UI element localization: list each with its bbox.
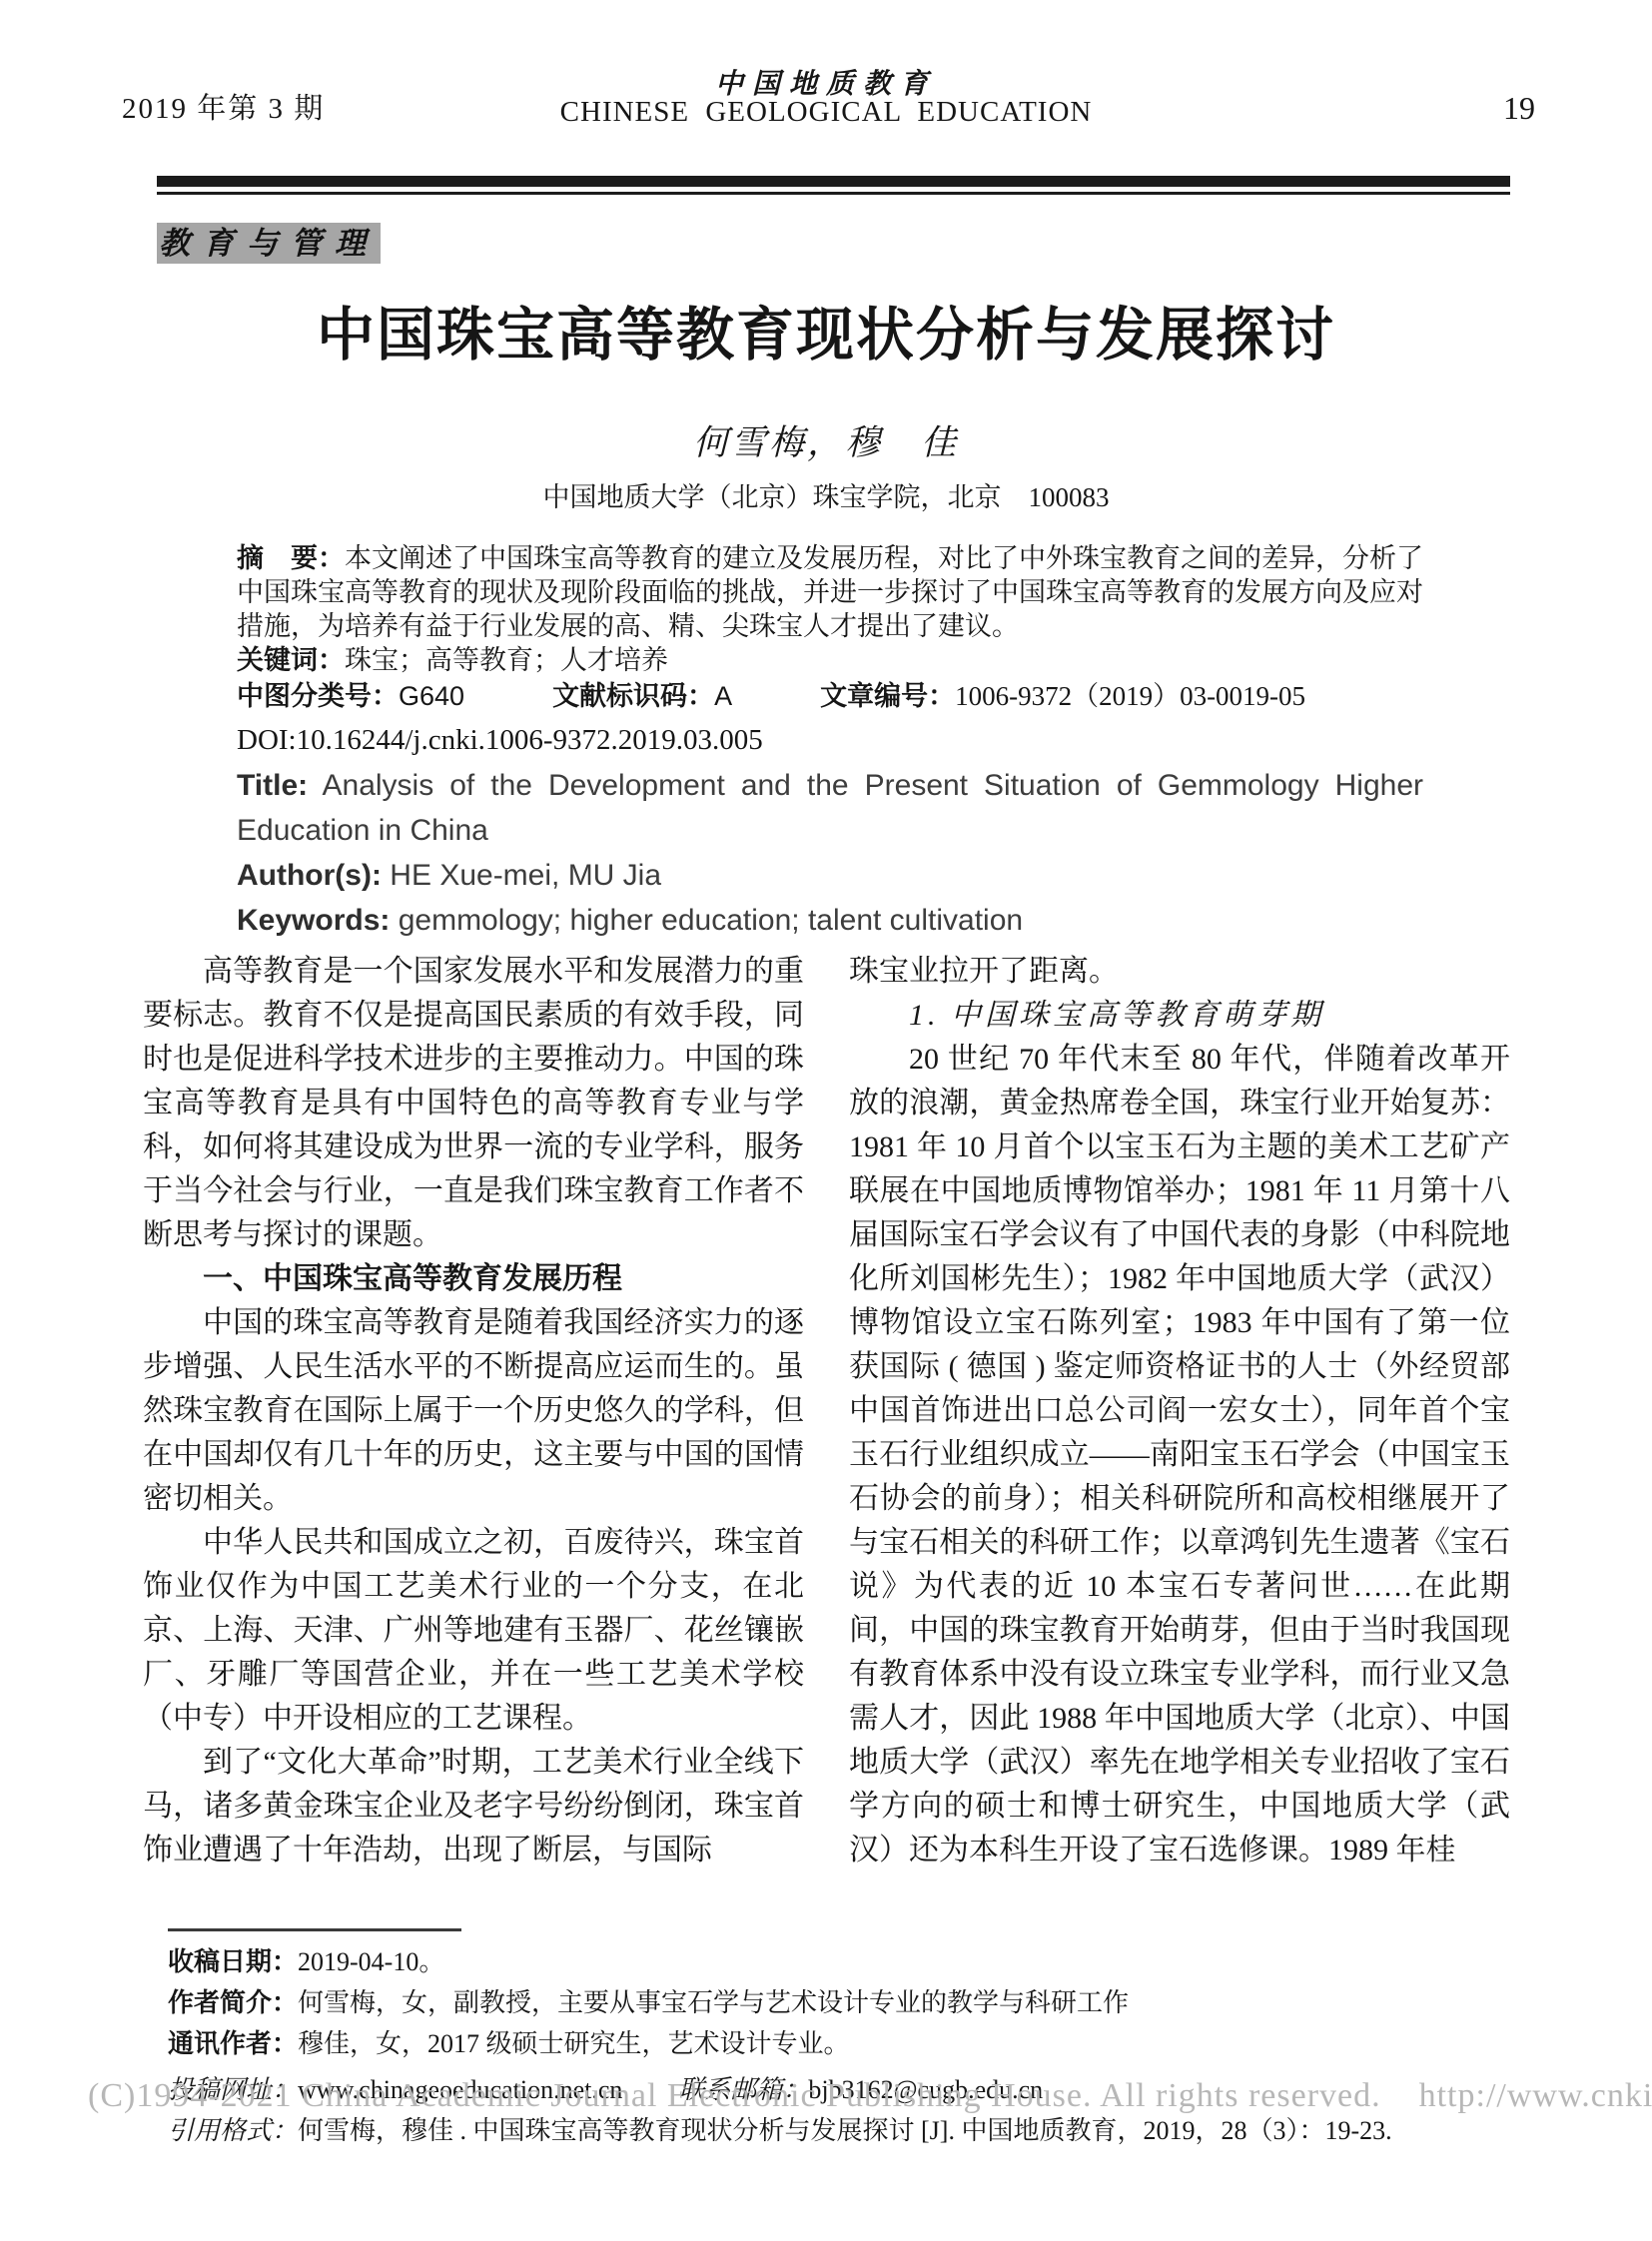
body-column-right: 珠宝业拉开了距离。 1. 中国珠宝高等教育萌芽期 20 世纪 70 年代末至 8… <box>849 950 1510 1872</box>
paragraph: 中华人民共和国成立之初，百废待兴，珠宝首饰业仅作为中国工艺美术行业的一个分支，在… <box>143 1521 804 1741</box>
english-authors: Author(s): HE Xue-mei, MU Jia <box>237 853 1423 898</box>
abstract-text: 本文阐述了中国珠宝高等教育的建立及发展历程，对比了中外珠宝教育之间的差异，分析了… <box>237 543 1423 641</box>
clc-pair: 中图分类号：G640 <box>237 679 464 713</box>
author-bio-value: 何雪梅，女，副教授，主要从事宝石学与艺术设计专业的教学与科研工作 <box>298 1988 1129 2017</box>
clc-label: 中图分类号： <box>237 681 399 711</box>
english-keywords: Keywords: gemmology; higher education; t… <box>237 898 1423 943</box>
citation-row: 引用格式：何雪梅，穆佳 . 中国珠宝高等教育现状分析与发展探讨 [J]. 中国地… <box>168 2110 1510 2151</box>
paragraph: 中国的珠宝高等教育是随着我国经济实力的逐步增强、人民生活水平的不断提高应运而生的… <box>143 1301 804 1521</box>
english-keywords-text: gemmology; higher education; talent cult… <box>390 904 1023 937</box>
body-column-left: 高等教育是一个国家发展水平和发展潜力的重要标志。教育不仅是提高国民素质的有效手段… <box>143 950 804 1872</box>
english-authors-label: Author(s): <box>237 859 382 892</box>
footnote-block: 收稿日期：2019-04-10。 作者简介：何雪梅，女，副教授，主要从事宝石学与… <box>168 1941 1510 2151</box>
article-id-pair: 文章编号：1006-9372（2019）03-0019-05 <box>820 679 1305 713</box>
header-rule-thick <box>157 176 1510 187</box>
corresponding-author-label: 通讯作者： <box>168 2028 298 2058</box>
subsection-heading: 1. 中国珠宝高等教育萌芽期 <box>849 994 1510 1038</box>
footnote-divider <box>168 1928 461 1931</box>
doc-code-pair: 文献标识码：A <box>552 679 732 713</box>
section-badge: 教育与管理 <box>157 223 381 264</box>
received-date-label: 收稿日期： <box>168 1946 298 1976</box>
page-number: 19 <box>1503 90 1535 127</box>
corresponding-author-row: 通讯作者：穆佳，女，2017 级硕士研究生，艺术设计专业。 <box>168 2023 1510 2064</box>
citation-label: 引用格式： <box>168 2116 298 2145</box>
article-id-value: 1006-9372（2019）03-0019-05 <box>955 681 1305 711</box>
english-keywords-label: Keywords: <box>237 904 390 937</box>
paragraph: 高等教育是一个国家发展水平和发展潜力的重要标志。教育不仅是提高国民素质的有效手段… <box>143 950 804 1257</box>
journal-name-en: CHINESE GEOLOGICAL EDUCATION <box>0 96 1652 129</box>
article-authors: 何雪梅，穆 佳 <box>0 415 1652 465</box>
abstract-label: 摘 要： <box>237 543 345 573</box>
paragraph-continuation: 珠宝业拉开了距离。 <box>849 950 1510 994</box>
classification-row: 中图分类号：G640 文献标识码：A 文章编号：1006-9372（2019）0… <box>237 679 1423 713</box>
paragraph: 20 世纪 70 年代末至 80 年代，伴随着改革开放的浪潮，黄金热席卷全国，珠… <box>849 1038 1510 1872</box>
abstract: 摘 要：本文阐述了中国珠宝高等教育的建立及发展历程，对比了中外珠宝教育之间的差异… <box>237 541 1423 643</box>
meta-block: 摘 要：本文阐述了中国珠宝高等教育的建立及发展历程，对比了中外珠宝教育之间的差异… <box>237 541 1423 943</box>
author-bio-label: 作者简介： <box>168 1987 298 2017</box>
received-date-row: 收稿日期：2019-04-10。 <box>168 1941 1510 1982</box>
article-affiliation: 中国地质大学（北京）珠宝学院，北京 100083 <box>0 475 1652 514</box>
article-id-label: 文章编号： <box>820 681 955 711</box>
citation-value: 何雪梅，穆佳 . 中国珠宝高等教育现状分析与发展探讨 [J]. 中国地质教育，2… <box>298 2116 1392 2145</box>
doc-code-label: 文献标识码： <box>552 681 714 711</box>
keywords-text: 珠宝；高等教育；人才培养 <box>345 645 668 675</box>
received-date-value: 2019-04-10。 <box>298 1947 444 1976</box>
doi: DOI:10.16244/j.cnki.1006-9372.2019.03.00… <box>237 722 1423 758</box>
paragraph: 到了“文化大革命”时期，工艺美术行业全线下马，诸多黄金珠宝企业及老字号纷纷倒闭，… <box>143 1741 804 1872</box>
keywords-label: 关键词： <box>237 645 345 675</box>
journal-page: 2019 年第 3 期 中国地质教育 CHINESE GEOLOGICAL ED… <box>0 0 1652 2241</box>
header-rule-thin <box>157 192 1510 195</box>
doc-code-value: A <box>714 681 732 711</box>
clc-value: G640 <box>399 681 464 711</box>
english-meta: Title: Analysis of the Development and t… <box>237 763 1423 943</box>
cnki-watermark: (C)1994-2021 China Academic Journal Elec… <box>88 2077 1606 2115</box>
section-heading: 一、中国珠宝高等教育发展历程 <box>143 1257 804 1301</box>
english-title: Title: Analysis of the Development and t… <box>237 763 1423 853</box>
corresponding-author-value: 穆佳，女，2017 级硕士研究生，艺术设计专业。 <box>298 2029 850 2058</box>
english-title-text: Analysis of the Development and the Pres… <box>237 769 1423 847</box>
english-authors-text: HE Xue-mei, MU Jia <box>382 859 661 892</box>
english-title-label: Title: <box>237 769 308 802</box>
article-title: 中国珠宝高等教育现状分析与发展探讨 <box>0 288 1652 372</box>
keywords: 关键词：珠宝；高等教育；人才培养 <box>237 643 1423 677</box>
author-bio-row: 作者简介：何雪梅，女，副教授，主要从事宝石学与艺术设计专业的教学与科研工作 <box>168 1982 1510 2023</box>
